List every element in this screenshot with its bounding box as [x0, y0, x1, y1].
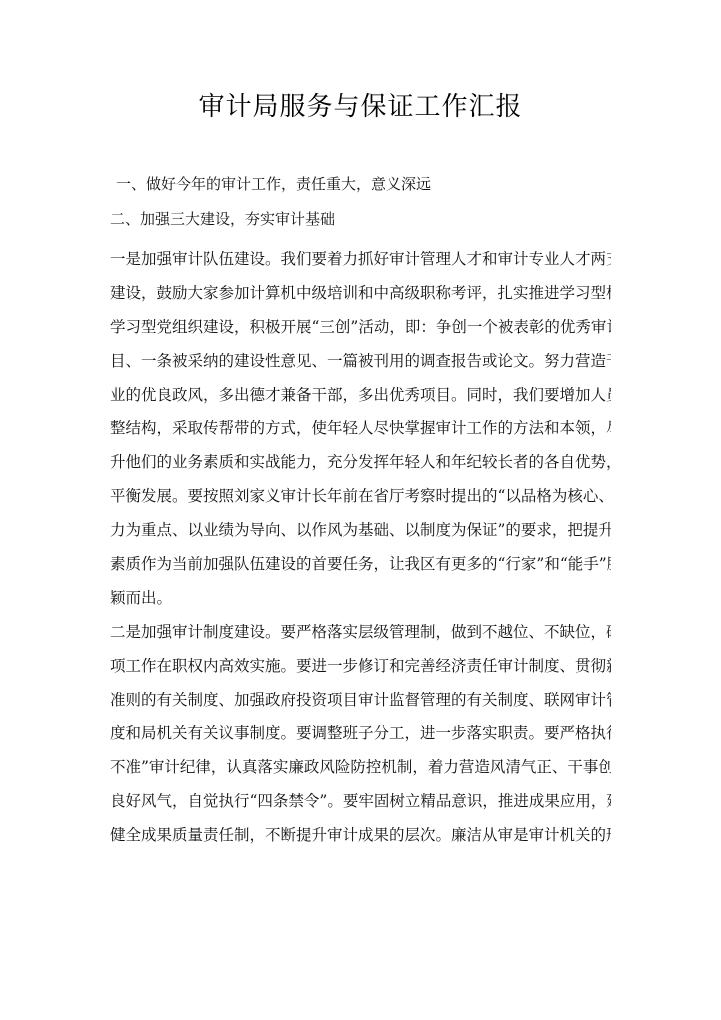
paragraph-system-building: 二是加强审计制度建设。要严格落实层级管理制，做到不越位、不缺位，确保每 项工作在… [110, 616, 611, 853]
text-line: 业的优良政风，多出德才兼备干部，多出优秀项目。同时，我们要增加人员，调 [110, 379, 611, 413]
text-line: 素质作为当前加强队伍建设的首要任务，让我区有更多的“行家”和“能手”脱 [110, 548, 611, 582]
document-body: 一是加强审计队伍建设。我们要着力抓好审计管理人才和审计专业人才两支队伍 建设，鼓… [110, 243, 611, 853]
text-line: 二是加强审计制度建设。要严格落实层级管理制，做到不越位、不缺位，确保每 [110, 616, 611, 650]
text-line: 准则的有关制度、加强政府投资项目审计监督管理的有关制度、联网审计管理制 [110, 684, 611, 718]
text-line: 一是加强审计队伍建设。我们要着力抓好审计管理人才和审计专业人才两支队伍 [110, 243, 611, 277]
section-heading-1: 一、做好今年的审计工作，责任重大，意义深远 [116, 173, 431, 194]
text-line: 良好风气，自觉执行“四条禁令”。要牢固树立精品意识，推进成果应用，建立 [110, 785, 611, 819]
text-line: 平衡发展。要按照刘家义审计长年前在省厅考察时提出的“以品格为核心、以能 [110, 480, 611, 514]
text-line: 整结构，采取传帮带的方式，使年轻人尽快掌握审计工作的方法和本领，尽快提 [110, 412, 611, 446]
text-line: 升他们的业务素质和实战能力，充分发挥年轻人和年纪较长者的各自优势，促进 [110, 446, 611, 480]
text-line: 颖而出。 [110, 582, 611, 616]
text-line: 项工作在职权内高效实施。要进一步修订和完善经济责任审计制度、贯彻新审计 [110, 650, 611, 684]
text-line: 度和局机关有关议事制度。要调整班子分工，进一步落实职责。要严格执行“八 [110, 717, 611, 751]
text-line: 学习型党组织建设，积极开展“三创”活动，即：争创一个被表彰的优秀审计项 [110, 311, 611, 345]
text-line: 目、一条被采纳的建设性意见、一篇被刊用的调查报告或论文。努力营造干事创 [110, 345, 611, 379]
text-line: 建设，鼓励大家参加计算机中级培训和中高级职称考评，扎实推进学习型机关和 [110, 277, 611, 311]
text-line: 不准”审计纪律，认真落实廉政风险防控机制，着力营造风清气正、干事创业的 [110, 751, 611, 785]
paragraph-team-building: 一是加强审计队伍建设。我们要着力抓好审计管理人才和审计专业人才两支队伍 建设，鼓… [110, 243, 611, 616]
document-title: 审计局服务与保证工作汇报 [0, 86, 721, 123]
section-heading-2: 二、加强三大建设，夯实审计基础 [110, 208, 335, 229]
text-line: 健全成果质量责任制，不断提升审计成果的层次。廉洁从审是审计机关的形象和 [110, 819, 611, 853]
text-line: 力为重点、以业绩为导向、以作风为基础、以制度为保证”的要求，把提升能力 [110, 514, 611, 548]
document-page: 审计局服务与保证工作汇报 一、做好今年的审计工作，责任重大，意义深远 二、加强三… [0, 0, 721, 1020]
